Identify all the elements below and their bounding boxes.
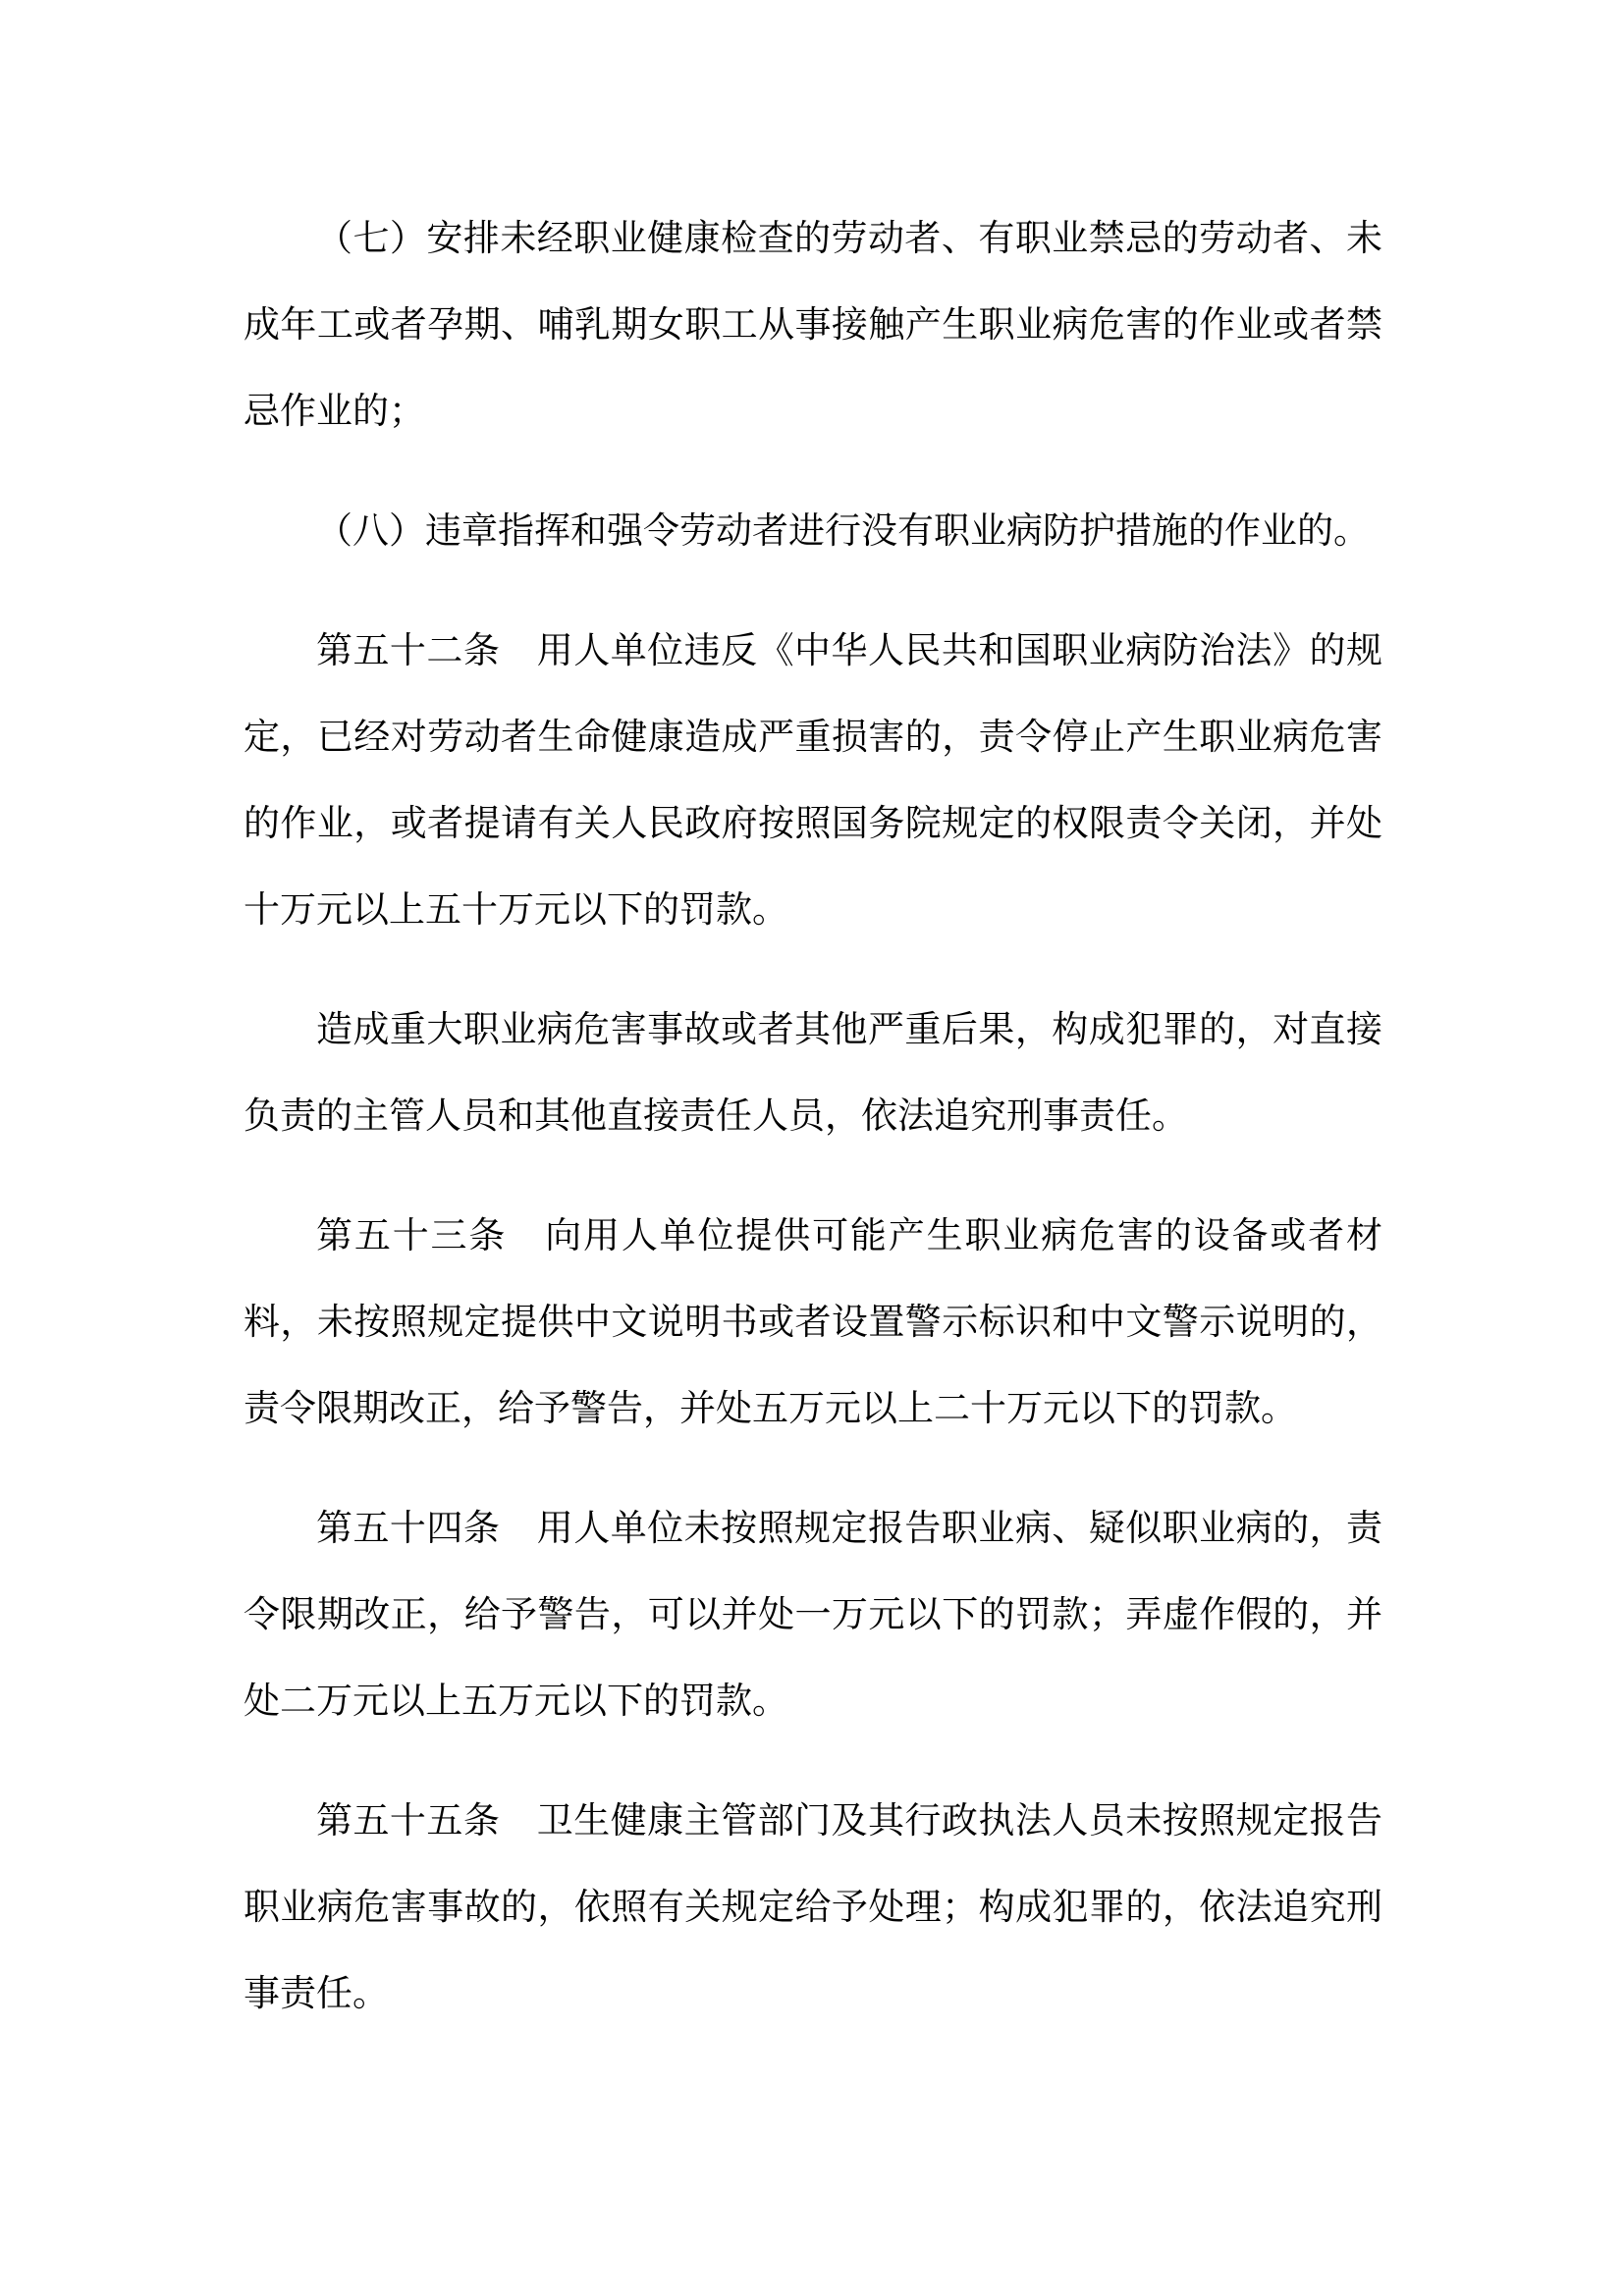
paragraph-article-52-continued: 造成重大职业病危害事故或者其他严重后果，构成犯罪的，对直接负责的主管人员和其他直… [244, 988, 1382, 1160]
paragraph-article-55: 第五十五条 卫生健康主管部门及其行政执法人员未按照规定报告职业病危害事故的，依照… [244, 1779, 1382, 2038]
paragraph-item-7: （七）安排未经职业健康检查的劳动者、有职业禁忌的劳动者、未成年工或者孕期、哺乳期… [244, 196, 1382, 455]
paragraph-article-52: 第五十二条 用人单位违反《中华人民共和国职业病防治法》的规定，已经对劳动者生命健… [244, 609, 1382, 954]
document-page: （七）安排未经职业健康检查的劳动者、有职业禁忌的劳动者、未成年工或者孕期、哺乳期… [0, 0, 1624, 2296]
paragraph-article-53: 第五十三条 向用人单位提供可能产生职业病危害的设备或者材料，未按照规定提供中文说… [244, 1194, 1382, 1453]
paragraph-item-8: （八）违章指挥和强令劳动者进行没有职业病防护措施的作业的。 [244, 489, 1382, 575]
paragraph-article-54: 第五十四条 用人单位未按照规定报告职业病、疑似职业病的，责令限期改正，给予警告，… [244, 1486, 1382, 1745]
